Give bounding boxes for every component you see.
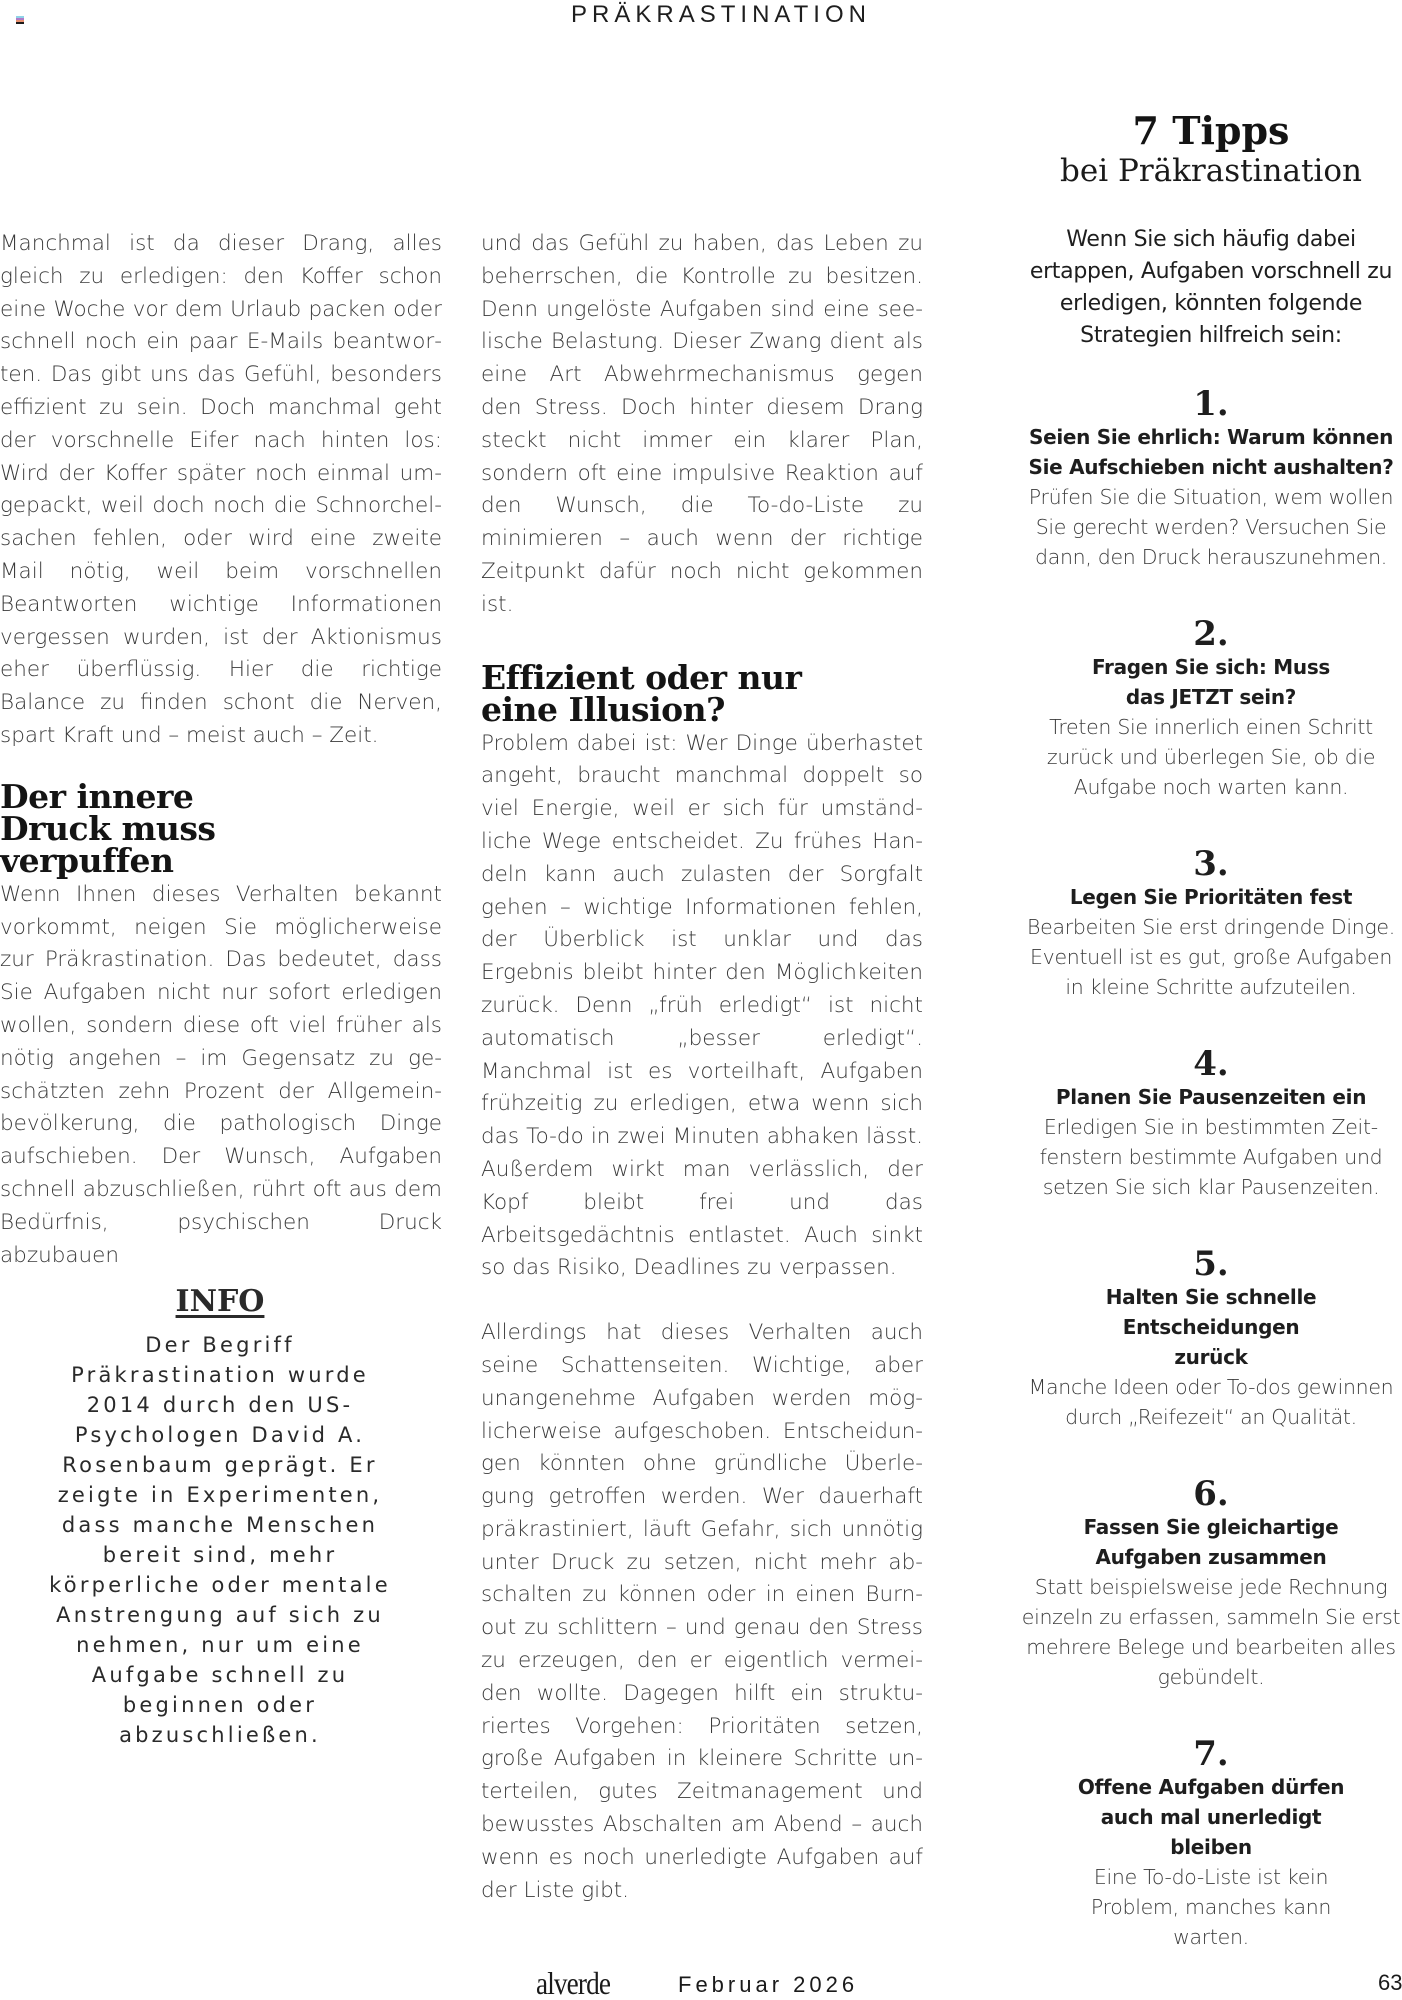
tip-body: Erledigen Sie in bestimmten Zeit­fenster… — [1020, 1112, 1402, 1202]
running-head: PRÄKRASTINATION — [0, 0, 1402, 30]
tip-item: 2. Fragen Sie sich: Muss das JETZT sein?… — [1020, 616, 1402, 802]
tip-item: 6. Fassen Sie gleichartige Aufgaben zusa… — [1020, 1476, 1402, 1692]
tips-intro: Wenn Sie sich häufig dabei ertappen, Auf… — [1020, 224, 1402, 352]
issue-date: Februar 2026 — [678, 1972, 858, 1998]
tips-subtitle: bei Präkrastination — [1020, 152, 1402, 190]
tip-body: Treten Sie innerlich einen Schritt zurüc… — [1020, 712, 1402, 802]
tip-body: Manche Ideen oder To-dos gewin­nen durch… — [1020, 1372, 1402, 1432]
tip-item: 1. Seien Sie ehrlich: Warum können Sie A… — [1020, 386, 1402, 572]
middle-column: und das Gefühl zu haben, das Leben zu be… — [481, 228, 923, 1907]
tip-heading: Legen Sie Prioritäten fest — [1020, 882, 1402, 912]
tip-number: 2. — [1020, 616, 1402, 652]
tip-number: 4. — [1020, 1046, 1402, 1082]
tip-number: 6. — [1020, 1476, 1402, 1512]
info-box: INFO Der Begriff Präkrastination wurde 2… — [40, 1282, 400, 1750]
tip-item: 7. Offene Aufgaben dürfen auch mal unerl… — [1020, 1736, 1402, 1952]
body-paragraph: Allerdings hat dieses Verhalten auch sei… — [481, 1317, 923, 1907]
section-heading-illusion: Effizient oder nur eine Illusion? — [481, 662, 881, 726]
tip-body: Eine To-do-Liste ist kein Problem, manch… — [1020, 1862, 1402, 1952]
info-text: Der Begriff Präkrastination wurde 2014 d… — [40, 1330, 400, 1750]
tip-heading: Planen Sie Pausenzeiten ein — [1020, 1082, 1402, 1112]
tip-number: 7. — [1020, 1736, 1402, 1772]
page-number: 63 — [1378, 1970, 1402, 1996]
left-column: Manchmal ist da dieser Drang, alles glei… — [0, 228, 442, 1272]
section-heading-druck: Der innere Druck muss verpuffen — [0, 781, 300, 877]
body-paragraph: Problem dabei ist: Wer Dinge überhas­tet… — [481, 728, 923, 1286]
tip-item: 4. Planen Sie Pausenzeiten ein Erledigen… — [1020, 1046, 1402, 1202]
tip-heading: Halten Sie schnelle Entscheidungen zurüc… — [1020, 1282, 1402, 1372]
tip-heading: Fassen Sie gleichartige Aufgaben zusamme… — [1020, 1512, 1402, 1572]
tip-heading: Fragen Sie sich: Muss das JETZT sein? — [1020, 652, 1402, 712]
info-title: INFO — [40, 1282, 400, 1322]
tip-heading: Offene Aufgaben dürfen auch mal unerledi… — [1020, 1772, 1402, 1862]
tips-title: 7 Tipps — [1020, 110, 1402, 152]
tip-number: 1. — [1020, 386, 1402, 422]
tip-item: 5. Halten Sie schnelle Entscheidungen zu… — [1020, 1246, 1402, 1432]
tip-body: Statt beispielsweise jede Rechnung einze… — [1020, 1572, 1402, 1692]
tip-body: Bearbeiten Sie erst dringende Dinge. Eve… — [1020, 912, 1402, 1002]
body-paragraph: Wenn Ihnen dieses Verhalten bekannt vork… — [0, 879, 442, 1273]
tip-item: 3. Legen Sie Prioritäten fest Bearbeiten… — [1020, 846, 1402, 1002]
tips-sidebar: 7 Tipps bei Präkrastination Wenn Sie sic… — [1020, 110, 1402, 1952]
tip-number: 3. — [1020, 846, 1402, 882]
body-paragraph: und das Gefühl zu haben, das Leben zu be… — [481, 228, 923, 622]
brand-logo: alverde — [536, 1965, 610, 2000]
tip-heading: Seien Sie ehrlich: Warum können Sie Aufs… — [1020, 422, 1402, 482]
tip-body: Prüfen Sie die Situation, wem wollen Sie… — [1020, 482, 1402, 572]
tip-number: 5. — [1020, 1246, 1402, 1282]
intro-paragraph: Manchmal ist da dieser Drang, alles glei… — [0, 228, 442, 753]
